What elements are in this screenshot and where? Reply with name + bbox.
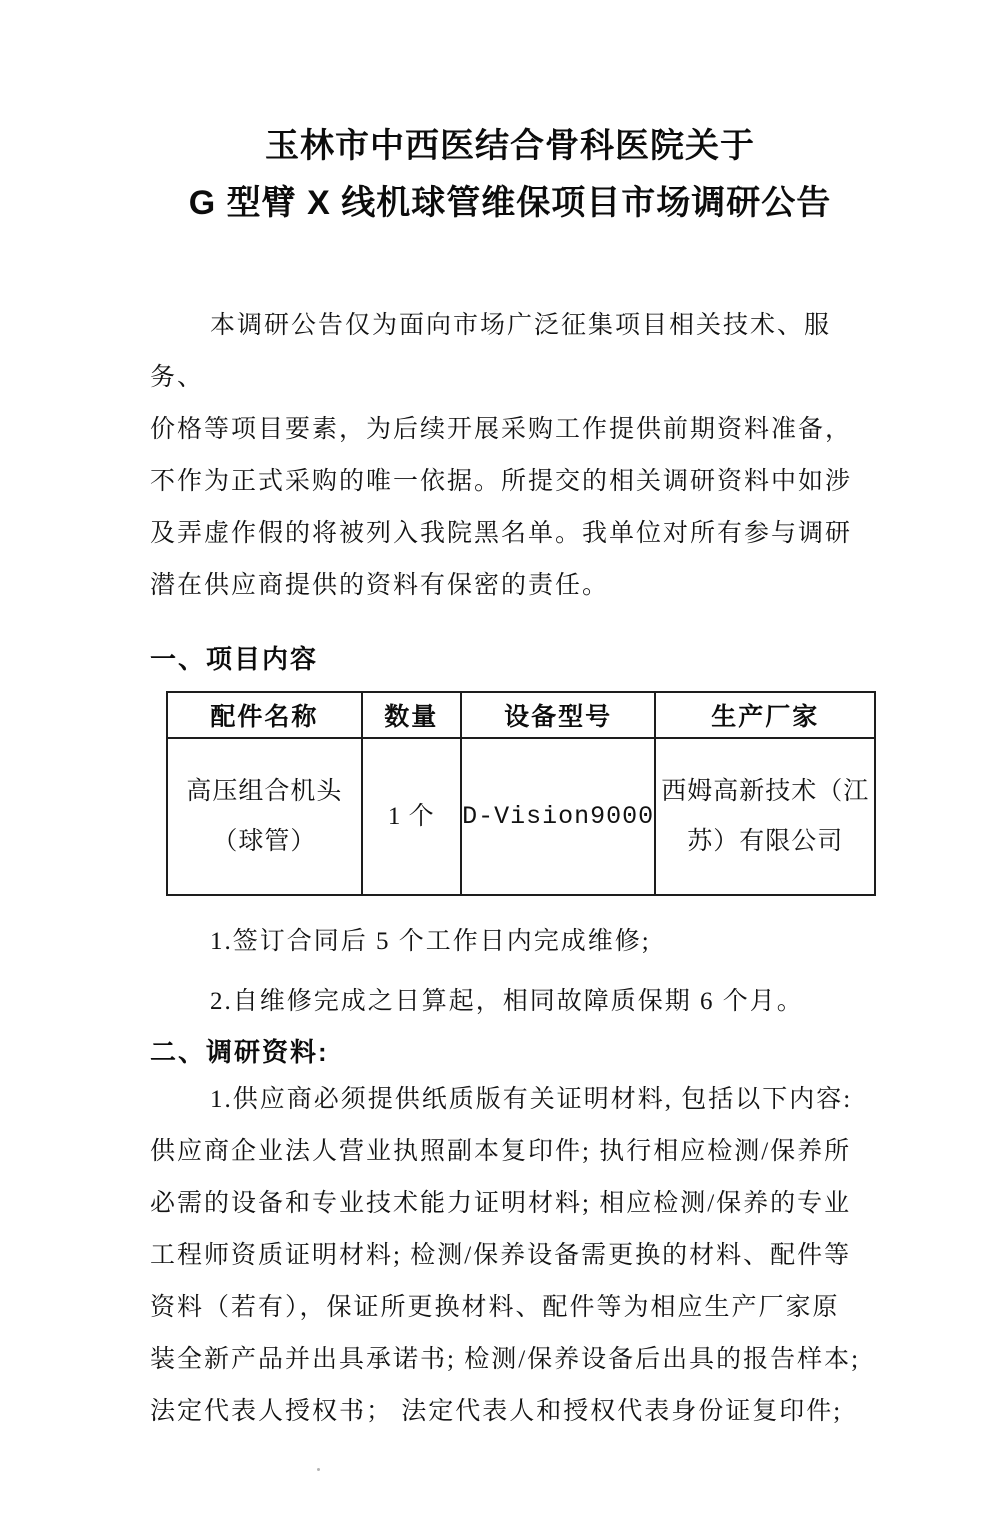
materials-paragraph: 1.供应商必须提供纸质版有关证明材料, 包括以下内容: 供应商企业法人营业执照副… — [150, 1074, 870, 1438]
header-model: 设备型号 — [461, 692, 656, 738]
warranty-term-item: 2.自维修完成之日算起，相同故障质保期 6 个月。 — [150, 978, 870, 1026]
page: { "page": { "background": "#ffffff", "te… — [0, 0, 1000, 1516]
cell-part-name: 高压组合机头 （球管） — [167, 738, 362, 895]
scan-artifact-dot — [317, 1468, 320, 1471]
parts-table: 配件名称 数量 设备型号 生产厂家 高压组合机头 （球管） 1 个 D-Visi… — [166, 691, 876, 896]
section-1-heading: 一、项目内容 — [150, 644, 870, 674]
cell-model: D-Vision9000 — [461, 738, 656, 895]
delivery-term-item: 1.签订合同后 5 个工作日内完成维修; — [150, 918, 870, 966]
table-header-row: 配件名称 数量 设备型号 生产厂家 — [167, 692, 875, 738]
cell-manufacturer: 西姆高新技术（江 苏）有限公司 — [655, 738, 875, 895]
table-row: 高压组合机头 （球管） 1 个 D-Vision9000 西姆高新技术（江 苏）… — [167, 738, 875, 895]
header-part-name: 配件名称 — [167, 692, 362, 738]
intro-paragraph: 本调研公告仅为面向市场广泛征集项目相关技术、服务、 价格等项目要素，为后续开展采… — [150, 300, 870, 612]
header-manufacturer: 生产厂家 — [655, 692, 875, 738]
section-2-heading: 二、调研资料: — [150, 1036, 870, 1068]
header-quantity: 数量 — [362, 692, 461, 738]
document-title: 玉林市中西医结合骨科医院关于 G 型臂 X 线机球管维保项目市场调研公告 — [150, 118, 870, 232]
document-page: 玉林市中西医结合骨科医院关于 G 型臂 X 线机球管维保项目市场调研公告 本调研… — [0, 0, 1000, 1438]
cell-quantity: 1 个 — [362, 738, 461, 895]
